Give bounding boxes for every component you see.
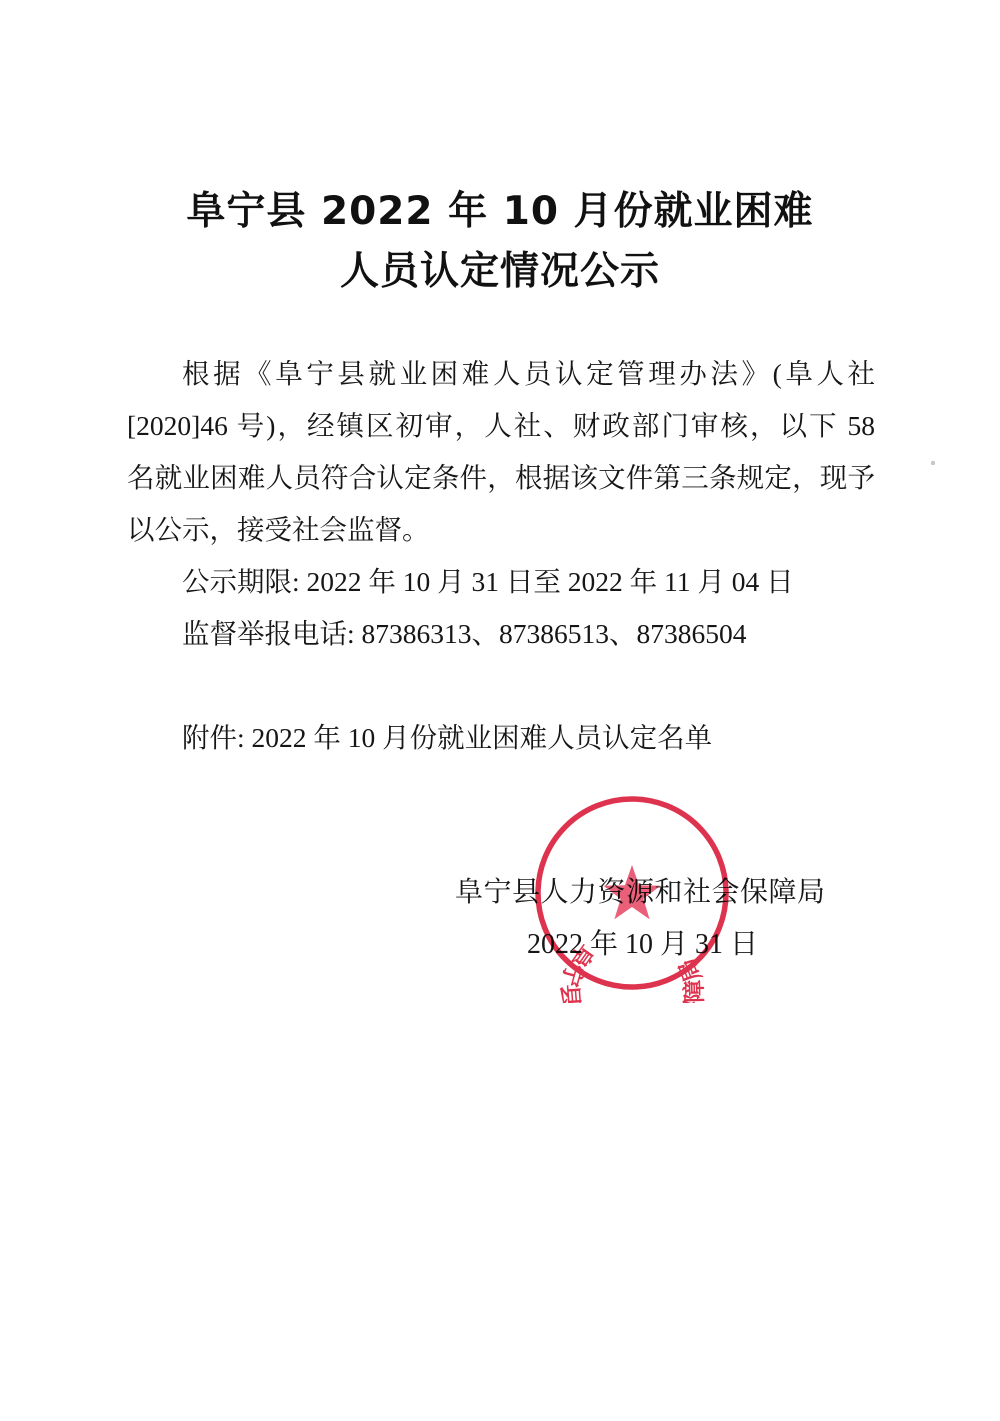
document-title: 阜宁县 2022 年 10 月份就业困难 人员认定情况公示 (0, 182, 1000, 302)
title-line-2: 人员认定情况公示 (0, 242, 1000, 302)
public-notice-document: 阜宁县 2022 年 10 月份就业困难 人员认定情况公示 根据《阜宁县就业困难… (0, 0, 1000, 1421)
blank-line (127, 660, 875, 712)
issuer-signature: 阜宁县人力资源和社会保障局 (455, 877, 826, 909)
title-line-1: 阜宁县 2022 年 10 月份就业困难 (0, 182, 1000, 242)
body-line-2: [2020]46 号)，经镇区初审，人社、财政部门审核，以下 58 (127, 400, 875, 452)
document-body: 根据《阜宁县就业困难人员认定管理办法》(阜人社 [2020]46 号)，经镇区初… (127, 348, 875, 764)
report-phone-line: 监督举报电话: 87386313、87386513、87386504 (127, 608, 875, 660)
body-line-3: 名就业困难人员符合认定条件，根据该文件第三条规定，现予 (127, 452, 875, 504)
body-line-4: 以公示，接受社会监督。 (127, 504, 875, 556)
issue-date: 2022 年 10 月 31 日 (527, 929, 758, 961)
body-line-1: 根据《阜宁县就业困难人员认定管理办法》(阜人社 (127, 348, 875, 400)
scan-artifact-speck (931, 461, 935, 465)
notice-period-line: 公示期限: 2022 年 10 月 31 日至 2022 年 11 月 04 日 (127, 556, 875, 608)
attachment-line: 附件: 2022 年 10 月份就业困难人员认定名单 (127, 712, 875, 764)
